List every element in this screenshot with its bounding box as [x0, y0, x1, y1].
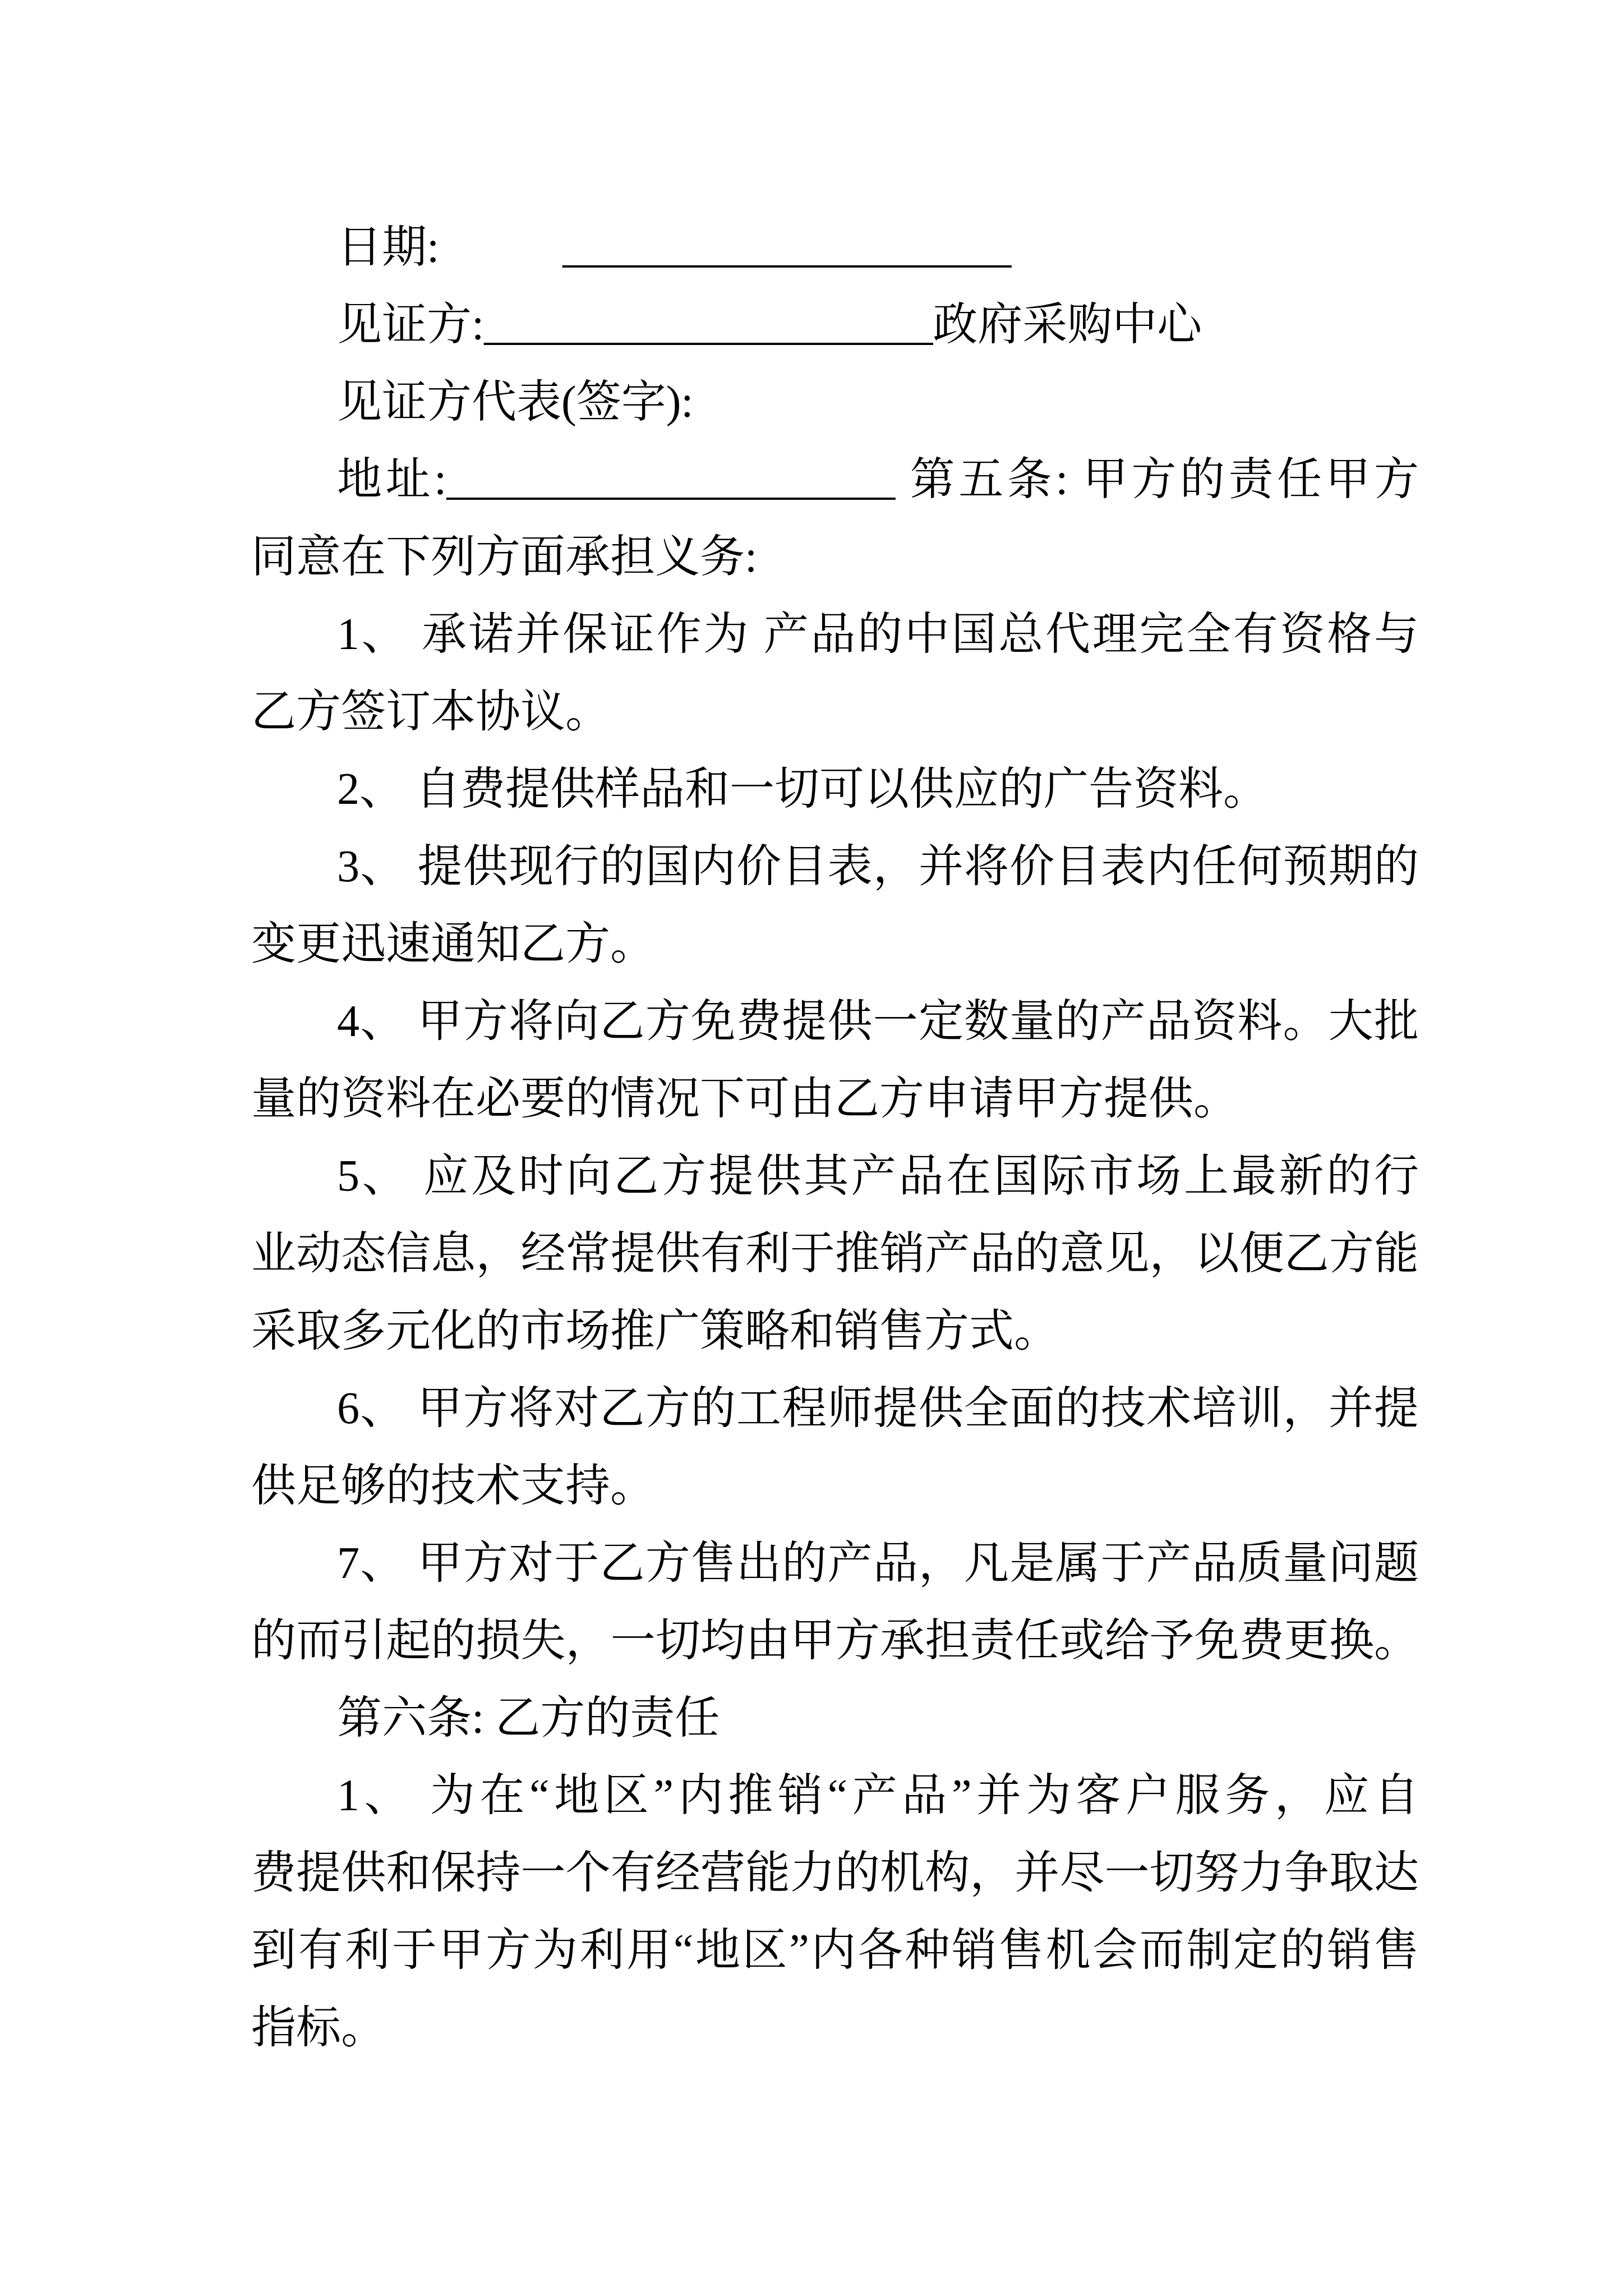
text-line-12: 量的资料在必要的情况下可由乙方申请甲方提供。 — [251, 1060, 1419, 1138]
text-line-5: 同意在下列方面承担义务: — [251, 518, 1419, 596]
text-line-8: 2、 自费提供样品和一切可以供应的广告资料。 — [251, 751, 1419, 828]
text-line-1: 日期: ____________________ — [251, 209, 1419, 286]
text-line-18: 7、 甲方对于乙方售出的产品，凡是属于产品质量问题 — [251, 1525, 1419, 1602]
text-line-11: 4、 甲方将向乙方免费提供一定数量的产品资料。大批 — [251, 983, 1419, 1060]
text-line-21: 1、 为在“地区”内推销“产品”并为客户服务，应自 — [251, 1757, 1419, 1834]
text-line-2: 见证方:____________________政府采购中心 — [251, 286, 1419, 364]
text-line-16: 6、 甲方将对乙方的工程师提供全面的技术培训，并提 — [251, 1370, 1419, 1447]
text-line-3: 见证方代表(签字): — [251, 364, 1419, 441]
text-line-17: 供足够的技术支持。 — [251, 1447, 1419, 1525]
text-line-20: 第六条: 乙方的责任 — [251, 1680, 1419, 1757]
text-line-19: 的而引起的损失，一切均由甲方承担责任或给予免费更换。 — [251, 1602, 1419, 1680]
text-line-15: 采取多元化的市场推广策略和销售方式。 — [251, 1292, 1419, 1370]
text-line-14: 业动态信息，经常提供有利于推销产品的意见，以便乙方能 — [251, 1215, 1419, 1292]
text-line-9: 3、 提供现行的国内价目表，并将价目表内任何预期的 — [251, 828, 1419, 905]
text-line-4: 地址:____________________ 第五条: 甲方的责任甲方 — [251, 441, 1419, 518]
document-body: 日期: ____________________见证方:____________… — [251, 209, 1419, 2067]
text-line-24: 指标。 — [251, 1989, 1419, 2067]
text-line-13: 5、 应及时向乙方提供其产品在国际市场上最新的行 — [251, 1138, 1419, 1215]
text-line-7: 乙方签订本协议。 — [251, 673, 1419, 751]
text-line-6: 1、 承诺并保证作为 产品的中国总代理完全有资格与 — [251, 596, 1419, 673]
text-line-22: 费提供和保持一个有经营能力的机构，并尽一切努力争取达 — [251, 1834, 1419, 1912]
document-page: 日期: ____________________见证方:____________… — [0, 0, 1623, 2296]
text-line-23: 到有利于甲方为利用“地区”内各种销售机会而制定的销售 — [251, 1912, 1419, 1989]
text-line-10: 变更迅速通知乙方。 — [251, 905, 1419, 983]
